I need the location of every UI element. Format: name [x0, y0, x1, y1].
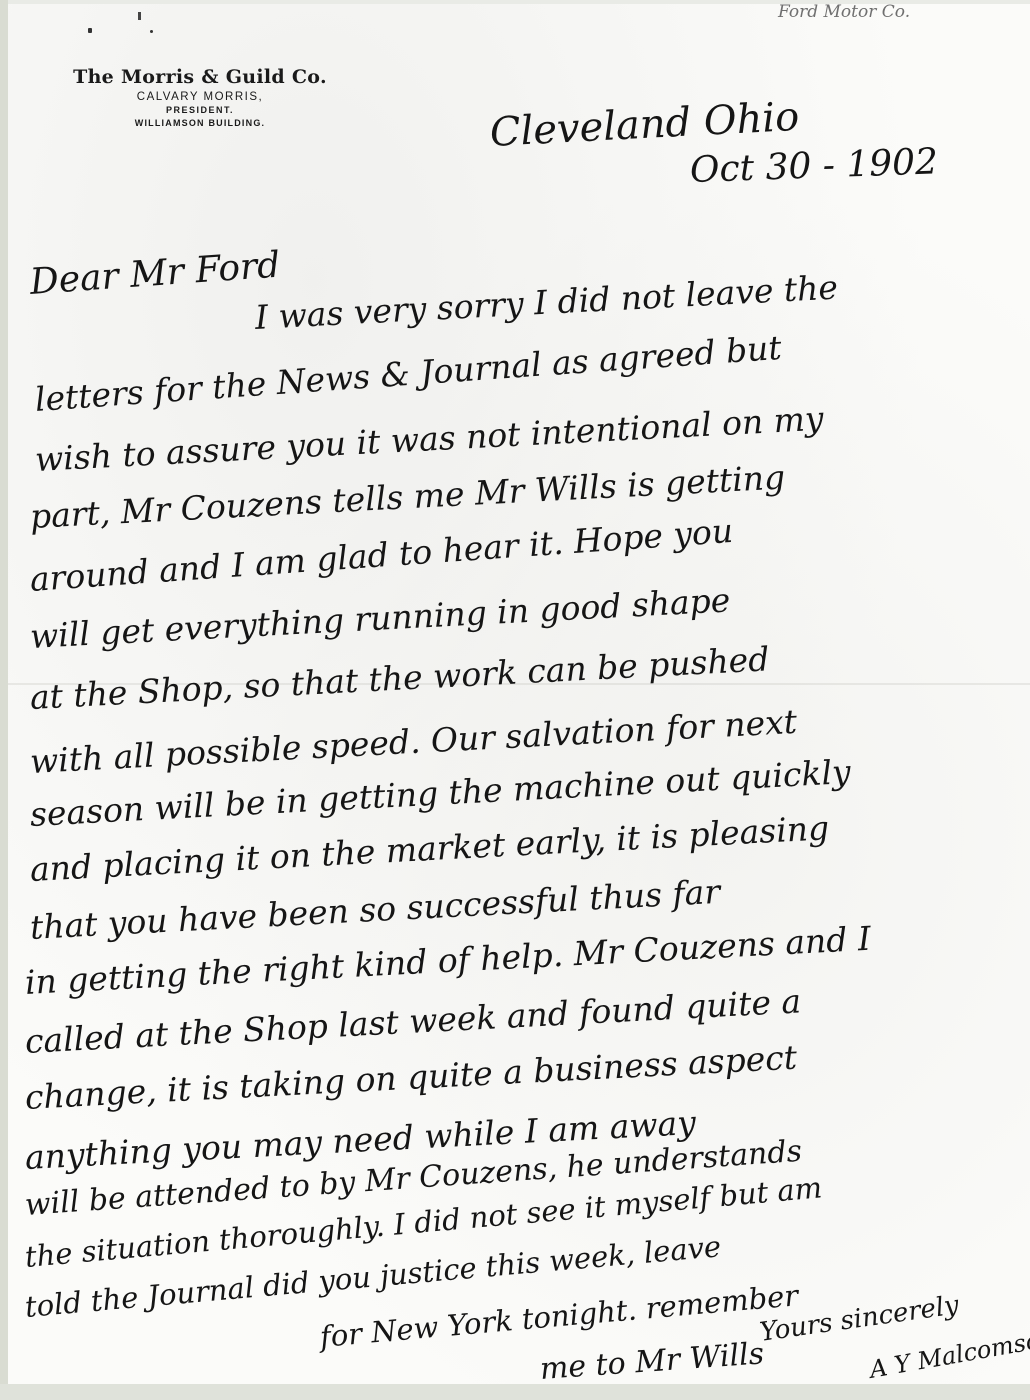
letterhead-title: PRESIDENT.	[60, 105, 340, 115]
letterhead-company: The Morris & Guild Co.	[60, 66, 340, 88]
ink-speck	[150, 30, 153, 33]
letterhead-name: CALVARY MORRIS,	[60, 91, 340, 103]
ink-speck	[138, 12, 141, 20]
scan-edge	[0, 0, 8, 1400]
letterhead: The Morris & Guild Co. CALVARY MORRIS, P…	[60, 66, 340, 128]
ink-speck	[88, 28, 92, 33]
archive-annotation: Ford Motor Co.	[778, 2, 910, 22]
letterhead-address: WILLIAMSON BUILDING.	[60, 118, 340, 128]
letter-date: Oct 30 - 1902	[689, 141, 938, 191]
scan-bottom-edge	[0, 1384, 1030, 1400]
